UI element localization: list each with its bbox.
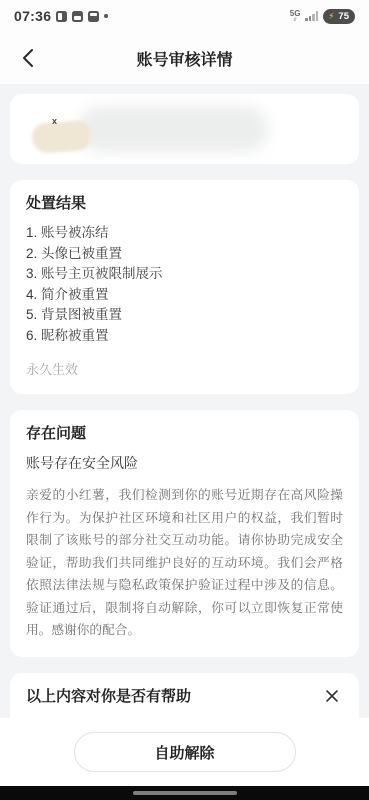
scribble-x-mark: x: [52, 116, 57, 126]
problem-title: 存在问题: [26, 422, 343, 443]
problem-description: 亲爱的小红薯，我们检测到你的账号近期存在高风险操作行为。为保护社区环境和社区用户…: [26, 484, 343, 642]
disposal-result-card: 处置结果 1. 账号被冻结 2. 头像已被重置 3. 账号主页被限制展示 4. …: [10, 180, 359, 394]
redacted-username-scribble: [78, 106, 268, 152]
feedback-card: 以上内容对你是否有帮助 无帮助: [10, 673, 359, 719]
content-area: x 处置结果 1. 账号被冻结 2. 头像已被重置 3. 账号主页被限制展示 4…: [0, 84, 369, 718]
notification-app-icon: [72, 11, 83, 22]
notification-app-icon: [88, 11, 99, 22]
system-nav-bar: [0, 786, 369, 800]
redacted-avatar-scribble: [31, 120, 91, 154]
result-item: 6. 昵称被重置: [26, 326, 343, 347]
close-button[interactable]: [321, 685, 343, 707]
close-icon: [325, 689, 339, 703]
phone-screen: 07:36 5G ⇵ ⚡ 75 账号审核详情: [0, 0, 369, 800]
back-button[interactable]: [10, 40, 46, 76]
effective-duration: 永久生效: [26, 359, 343, 378]
chevron-left-icon: [22, 48, 34, 68]
profile-card: x: [10, 94, 359, 164]
result-item: 1. 账号被冻结: [26, 223, 343, 244]
feedback-question: 以上内容对你是否有帮助: [26, 685, 191, 706]
page-header: 账号审核详情: [0, 32, 369, 84]
status-bar: 07:36 5G ⇵ ⚡ 75: [0, 0, 369, 32]
home-indicator-handle[interactable]: [133, 791, 237, 795]
result-item: 2. 头像已被重置: [26, 244, 343, 265]
result-item: 3. 账号主页被限制展示: [26, 264, 343, 285]
result-item: 4. 简介被重置: [26, 285, 343, 306]
data-arrows-icon: ⇵: [293, 18, 297, 23]
charging-bolt-icon: ⚡: [328, 12, 334, 21]
disposal-result-title: 处置结果: [26, 192, 343, 213]
page-title: 账号审核详情: [136, 47, 232, 70]
battery-indicator: ⚡ 75: [323, 9, 355, 24]
notification-app-icon: [56, 11, 67, 22]
signal-strength-icon: [305, 11, 318, 21]
result-item: 5. 背景图被重置: [26, 305, 343, 326]
battery-percent: 75: [338, 11, 349, 22]
network-type-indicator: 5G ⇵: [290, 10, 301, 23]
notification-dot-icon: [104, 14, 108, 18]
problem-subtitle: 账号存在安全风险: [26, 453, 343, 473]
clock: 07:36: [14, 8, 51, 24]
self-service-unlock-button[interactable]: 自助解除: [74, 732, 296, 772]
problem-card: 存在问题 账号存在安全风险 亲爱的小红薯，我们检测到你的账号近期存在高风险操作行…: [10, 410, 359, 657]
footer-bar: 自助解除: [0, 718, 369, 786]
